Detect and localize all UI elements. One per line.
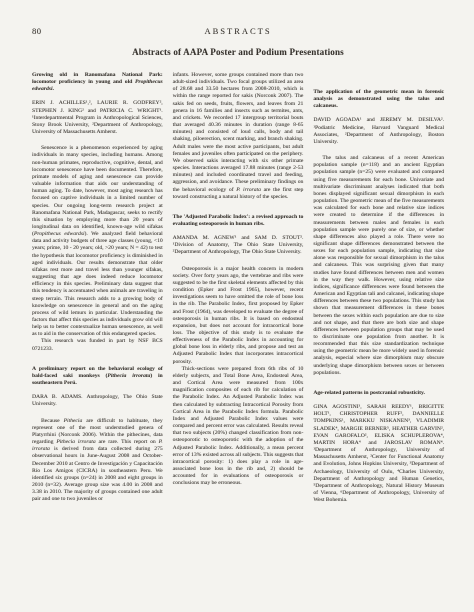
abstract-title: The application of the geometric mean in… <box>313 89 444 110</box>
abstract-paragraph-continued: infants. However, some groups contained … <box>173 72 304 201</box>
running-header-row: 80 ABSTRACTS <box>32 26 444 38</box>
abstract-paragraph: Because Pithecia are difficult to habitu… <box>32 418 163 504</box>
abstract-title: The 'Adjusted Parabolic Index': a revise… <box>173 214 304 228</box>
abstract-authors: ERIN J. ACHILLES¹,², LAURIE R. GODFREY²,… <box>32 100 163 136</box>
page-content: 80 ABSTRACTS Abstracts of AAPA Poster an… <box>32 26 444 513</box>
abstract-paragraph: The talus and calcaneus of a recent Amer… <box>313 155 444 377</box>
column-3: The application of the geometric mean in… <box>313 72 444 513</box>
abstract-authors: GINA AGOSTINI¹, SARAH REEDY¹, BRIGITTE H… <box>313 404 444 504</box>
abstract-authors: DAVID AGOADA¹ and JEREMY M. DESILVA². ¹P… <box>313 117 444 146</box>
column-1: Growing old in Ranomafana National Park:… <box>32 72 163 513</box>
abstract-paragraph: Thick-sections were prepared from 6th ri… <box>173 366 304 488</box>
abstract-paragraph: Senescence is a phenomenon experienced b… <box>32 145 163 338</box>
abstract-title: Age-related patterns in postcranial robu… <box>313 390 444 397</box>
abstract-title: Growing old in Ranomafana National Park:… <box>32 72 163 93</box>
journal-page: 80 ABSTRACTS Abstracts of AAPA Poster an… <box>0 0 474 612</box>
abstract-paragraph: This research was funded in part by NSF … <box>32 338 163 352</box>
running-header-text: ABSTRACTS <box>32 26 444 36</box>
abstract-title: A preliminary report on the behavioral e… <box>32 366 163 387</box>
columns-container: Growing old in Ranomafana National Park:… <box>32 72 444 513</box>
column-2: infants. However, some groups contained … <box>173 72 304 513</box>
abstract-authors: DARA B. ADAMS. Anthropology, The Ohio St… <box>32 394 163 408</box>
abstract-paragraph: Osteoporosis is a major health concern i… <box>173 266 304 366</box>
section-title: Abstracts of AAPA Poster and Podium Pres… <box>32 47 444 57</box>
abstract-authors: AMANDA M. AGNEW¹ and SAM D. STOUT². ¹Div… <box>173 235 304 256</box>
